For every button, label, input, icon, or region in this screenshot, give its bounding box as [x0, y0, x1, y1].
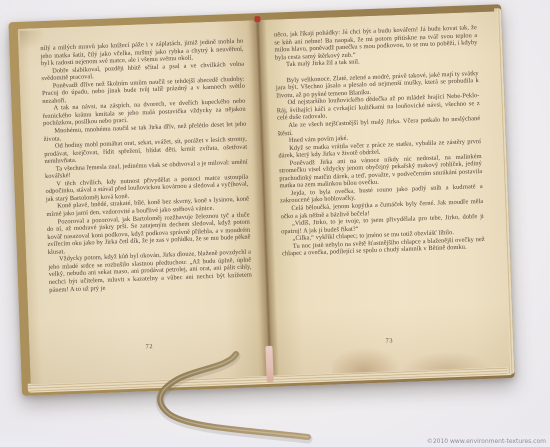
watermark-text: ©2010 www.environment-textures.com [427, 438, 546, 445]
gutter-ribbon [265, 346, 273, 382]
paragraph: Vždycky potom, když kůň byl okován, Jirk… [48, 249, 252, 294]
right-page: něco, jak říkají pohádky: Já chci být a … [257, 11, 510, 376]
headband [254, 16, 260, 22]
photo-backdrop: nílý a milých mravů jako knížecí páže i … [0, 0, 550, 447]
left-page: nílý a milých mravů jako knížecí páže i … [18, 20, 271, 385]
open-book: nílý a milých mravů jako knížecí páže i … [18, 11, 511, 384]
right-page-text: něco, jak říkají pohádky: Já chci být a … [274, 24, 488, 345]
left-page-text: nílý a milých mravů jako knížecí páže i … [40, 38, 254, 354]
